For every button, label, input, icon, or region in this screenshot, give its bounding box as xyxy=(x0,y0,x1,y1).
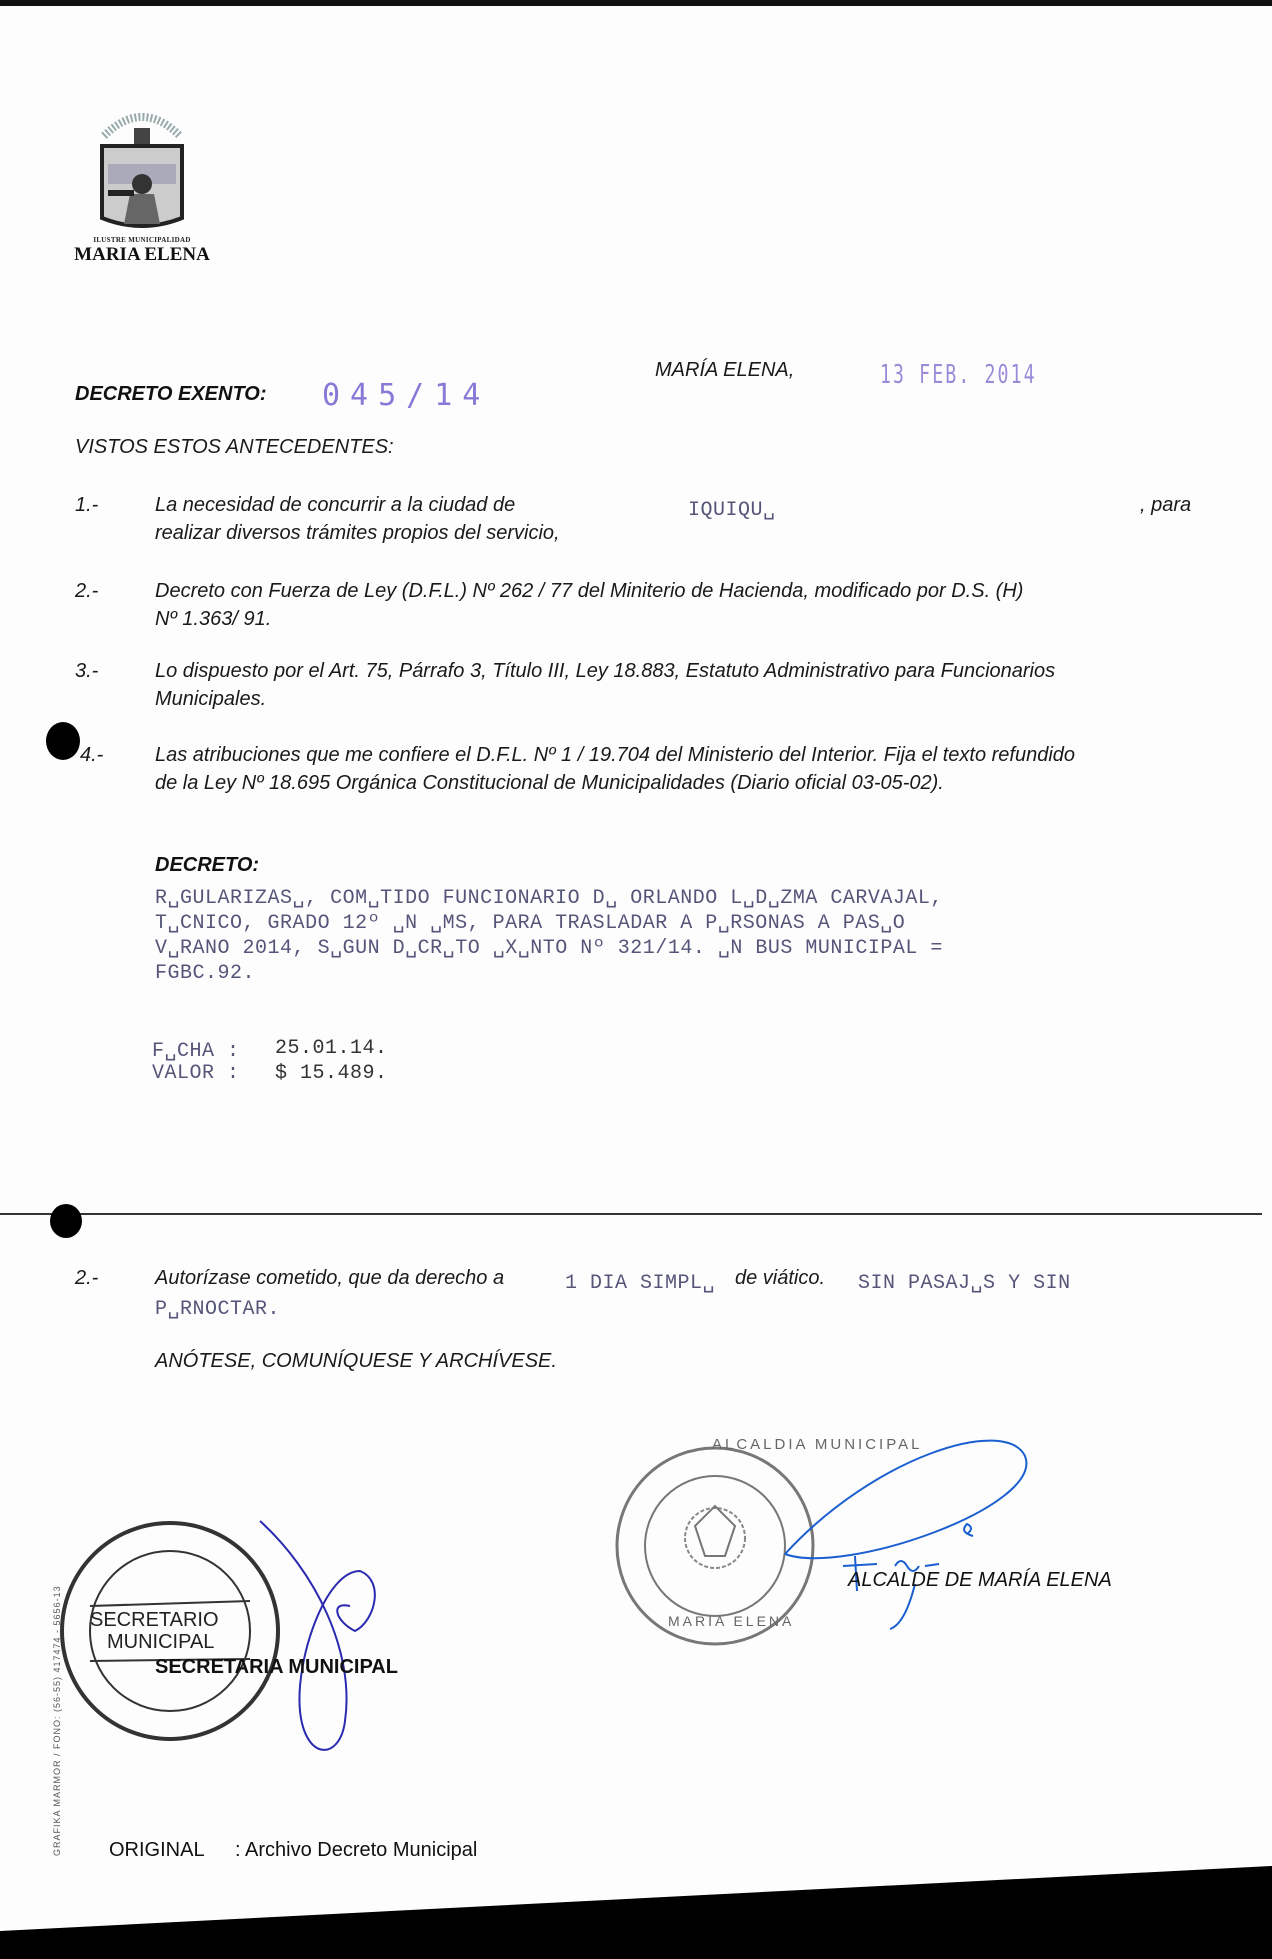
date-stamp: 13 FEB. 2014 xyxy=(880,360,1037,390)
mayor-signature-label: ALCALDE DE MARÍA ELENA xyxy=(848,1569,1112,1592)
item-4-number: 4.- xyxy=(80,744,140,767)
closing-formula: ANÓTESE, COMUNÍQUESE Y ARCHÍVESE. xyxy=(155,1350,557,1373)
item-1-number: 1.- xyxy=(75,494,135,517)
item-3-line2: Municipales. xyxy=(155,688,266,711)
decreto-line-4: FGBC.92. xyxy=(155,961,943,986)
logo-subtitle: ILUSTRE MUNICIPALIDAD xyxy=(72,236,212,244)
city-date-label: MARÍA ELENA, xyxy=(655,359,794,382)
logo-title: MARIA ELENA xyxy=(72,244,212,266)
authorization-conditions: SIN PASAJ␣S Y SIN xyxy=(858,1269,1071,1295)
copy-value: : Archivo Decreto Municipal xyxy=(235,1839,477,1862)
authorization-line2: P␣RNOCTAR. xyxy=(155,1295,280,1321)
secretary-signature-label: SECRETARIA MUNICIPAL xyxy=(155,1656,398,1679)
item-3-line1: Lo dispuesto por el Art. 75, Párrafo 3, … xyxy=(155,660,1055,683)
item-2-line2: Nº 1.363/ 91. xyxy=(155,608,271,631)
municipal-coat-of-arms-icon xyxy=(94,106,190,236)
decree-page: ILUSTRE MUNICIPALIDAD MARIA ELENA MARÍA … xyxy=(0,6,1272,1941)
secretary-stamp-center-1: SECRETARIO xyxy=(90,1609,219,1632)
fecha-label: F␣CHA : xyxy=(152,1037,240,1063)
item-4-line2: de la Ley Nº 18.695 Orgánica Constitucio… xyxy=(155,772,944,795)
mayor-stamp-bottom: MARIA ELENA xyxy=(668,1613,794,1629)
item-1-para: , para xyxy=(1140,494,1191,517)
page-separator xyxy=(0,1213,1262,1215)
punch-hole-mark xyxy=(50,1204,82,1238)
item-2-number: 2.- xyxy=(75,580,135,603)
decree-number-stamp: 045/14 xyxy=(322,378,490,413)
vistos-heading: VISTOS ESTOS ANTECEDENTES: xyxy=(75,436,394,459)
item-4-line1: Las atribuciones que me confiere el D.F.… xyxy=(155,744,1075,767)
municipality-logo: ILUSTRE MUNICIPALIDAD MARIA ELENA xyxy=(72,106,212,296)
authorization-number: 2.- xyxy=(75,1267,135,1290)
secretary-stamp-center-2: MUNICIPAL xyxy=(107,1631,214,1654)
authorization-text: Autorízase cometido, que da derecho a xyxy=(155,1267,504,1290)
item-1-line2: realizar diversos trámites propios del s… xyxy=(155,522,560,545)
decreto-line-2: T␣CNICO, GRADO 12º ␣N ␣MS, PARA TRASLADA… xyxy=(155,911,943,936)
secretary-stamp-signature xyxy=(55,1511,385,1771)
punch-hole-mark xyxy=(46,722,80,760)
decreto-line-3: V␣RANO 2014, S␣GUN D␣CR␣TO ␣X␣NTO Nº 321… xyxy=(155,936,943,961)
item-3-number: 3.- xyxy=(75,660,135,683)
authorization-viatico: de viático. xyxy=(735,1267,825,1290)
item-2-line1: Decreto con Fuerza de Ley (D.F.L.) Nº 26… xyxy=(155,580,1023,603)
printer-side-text: GRAFIKA MARMOR / FONO: (56-55) 417474 - … xyxy=(52,1585,62,1856)
decree-label: DECRETO EXENTO: xyxy=(75,383,267,406)
authorization-days: 1 DIA SIMPL␣ xyxy=(565,1269,715,1295)
copy-label: ORIGINAL xyxy=(109,1839,205,1862)
item-1-text: La necesidad de concurrir a la ciudad de xyxy=(155,494,515,517)
fecha-value: 25.01.14. xyxy=(275,1037,388,1060)
scan-top-edge xyxy=(0,0,1272,6)
mayor-stamp-signature xyxy=(615,1426,1135,1666)
mayor-stamp-top: ALCALDIA MUNICIPAL xyxy=(712,1436,922,1453)
valor-value: $ 15.489. xyxy=(275,1062,388,1085)
item-1-city: IQUIQU␣ xyxy=(688,496,776,522)
valor-label: VALOR : xyxy=(152,1062,240,1085)
decreto-heading: DECRETO: xyxy=(155,854,259,877)
decreto-line-1: R␣GULARIZAS␣, COM␣TIDO FUNCIONARIO D␣ OR… xyxy=(155,886,943,911)
decreto-body: R␣GULARIZAS␣, COM␣TIDO FUNCIONARIO D␣ OR… xyxy=(155,886,943,986)
